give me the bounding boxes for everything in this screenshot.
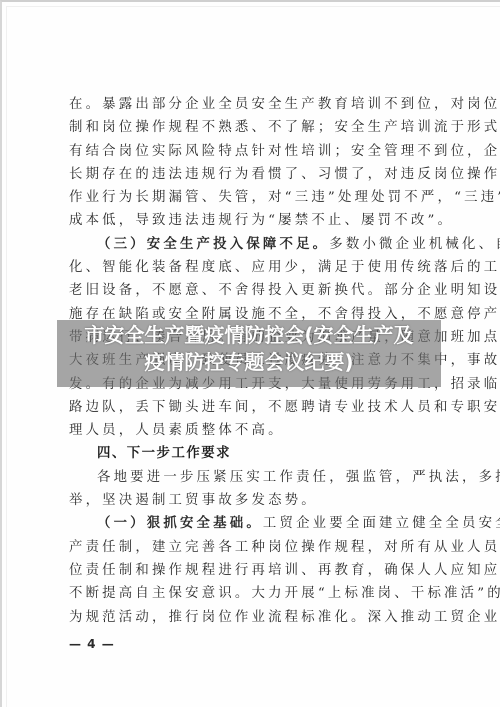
subsection-text: 多数小微企业机械化、自动 — [329, 237, 500, 252]
subsection-line: （三）安全生产投入保障不足。多数小微企业机械化、自动 — [69, 233, 437, 256]
text-line: 有结合岗位实际风险特点针对性培训；安全管理不到位，企业对 — [69, 140, 437, 163]
text-line: 制和岗位操作规程不熟悉、不了解；安全生产培训流于形式，没 — [69, 116, 437, 139]
text-line: 长期存在的违法违规行为看惯了、习惯了，对违反岗位操作规程 — [69, 163, 437, 186]
subsection-line: （一）狠抓安全基础。工贸企业要全面建立健全全员安全生 — [69, 512, 437, 535]
text-line: 路边队，丢下锄头进车间，不愿聘请专业技术人员和专职安全管 — [69, 396, 437, 419]
text-line: 各地要进一步压紧压实工作责任，强监管，严执法，多措并 — [69, 466, 437, 489]
overlay-title-line-2: 疫情防控专题会议纪要) — [57, 349, 441, 376]
text-line: 举，坚决遏制工贸事故多发态势。 — [69, 489, 437, 512]
subsection-heading: （一）狠抓安全基础。 — [97, 515, 263, 531]
subsection-heading: （三）安全生产投入保障不足。 — [97, 236, 329, 252]
text-line: 位责任制和操作规程进行再培训、再教育，确保人人应知应会， — [69, 559, 437, 582]
text-line: 产责任制，建立完善各工种岗位操作规程，对所有从业人员的岗 — [69, 536, 437, 559]
text-line: 在。暴露出部分企业全员安全生产教育培训不到位，对岗位责任 — [69, 93, 437, 116]
overlay-title: 市安全生产暨疫情防控会(安全生产及 疫情防控专题会议纪要) — [57, 322, 441, 376]
text-line: 理人员，人员素质整体不高。 — [69, 419, 437, 442]
text-line: 不断提高自主保安意识。大力开展“上标准岗、干标准活”的行 — [69, 582, 437, 605]
overlay-title-line-1: 市安全生产暨疫情防控会(安全生产及 — [57, 322, 441, 349]
text-line: 化、智能化装备程度底、应用少，满足于使用传统落后的工艺和 — [69, 256, 437, 279]
text-line: 成本低，导致违法违规行为“屡禁不止、屡罚不改”。 — [69, 209, 437, 232]
subsection-text: 工贸企业要全面建立健全全员安全生 — [263, 516, 500, 531]
page-number: — 4 — — [69, 637, 115, 651]
text-line: 为规范活动，推行岗位作业流程标准化。深入推动工贸企业全面 — [69, 606, 437, 629]
text-line: 老旧设备，不愿意、不舍得投入更新换代。部分企业明知设备设 — [69, 279, 437, 302]
text-line: 作业行为长期漏管、失管，对“三违”处理处罚不严，“三违” — [69, 186, 437, 209]
section-heading: 四、下一步工作要求 — [69, 442, 437, 465]
